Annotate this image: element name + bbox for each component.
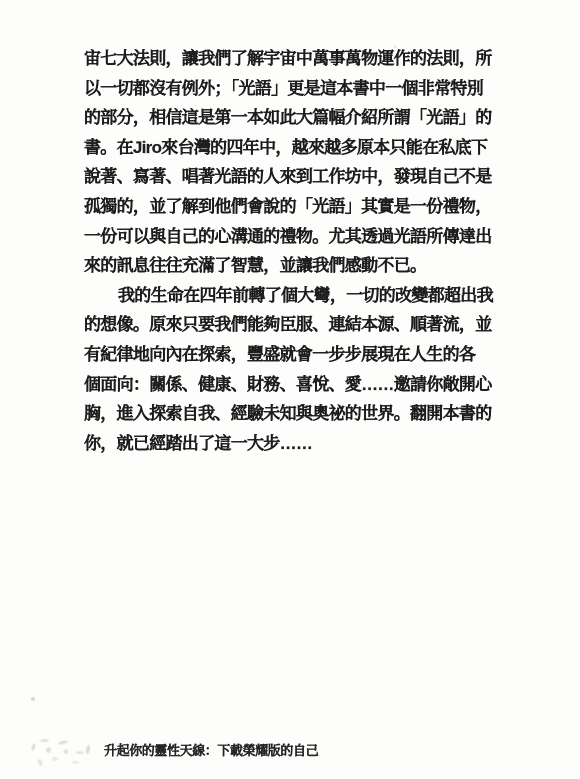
text-line: 來的訊息往往充滿了智慧，並讓我們感動不已。 bbox=[84, 251, 516, 281]
scanned-book-page: 宙七大法則，讓我們了解宇宙中萬事萬物運作的法則，所 以一切都沒有例外；「光語」更… bbox=[0, 0, 580, 779]
text-line: 的想像。原來只要我們能夠臣服、連結本源、順著流，並 bbox=[84, 310, 516, 340]
text-line: 一份可以與自己的心溝通的禮物。尤其透過光語所傳達出 bbox=[84, 222, 516, 252]
scan-smudge-mark bbox=[28, 737, 102, 773]
text-line: 你，就已經踏出了這一大步…… bbox=[84, 429, 516, 459]
scan-speck bbox=[394, 45, 396, 48]
text-line: 說著、寫著、唱著光語的人來到工作坊中，發現自己不是 bbox=[84, 162, 516, 192]
text-line: 孤獨的，並了解到他們會說的「光語」其實是一份禮物， bbox=[84, 192, 516, 222]
footer-caption: 升起你的靈性天線：下載榮耀版的自己 bbox=[104, 742, 318, 760]
scan-speck bbox=[31, 697, 35, 701]
text-line: 個面向：關係、健康、財務、喜悅、愛……邀請你敞開心 bbox=[84, 370, 516, 400]
text-line: 胸，進入探索自我、經驗未知與奧祕的世界。翻開本書的 bbox=[84, 399, 516, 429]
text-line: 以一切都沒有例外；「光語」更是這本書中一個非常特別 bbox=[84, 74, 516, 104]
text-line: 有紀律地向內在探索，豐盛就會一步步展現在人生的各 bbox=[84, 340, 516, 370]
text-line-paragraph-start: 我的生命在四年前轉了個大彎，一切的改變都超出我 bbox=[84, 281, 516, 311]
body-text-block: 宙七大法則，讓我們了解宇宙中萬事萬物運作的法則，所 以一切都沒有例外；「光語」更… bbox=[84, 44, 516, 458]
text-line: 宙七大法則，讓我們了解宇宙中萬事萬物運作的法則，所 bbox=[84, 44, 516, 74]
text-line: 書。在Jiro來台灣的四年中，越來越多原本只能在私底下 bbox=[84, 133, 516, 163]
text-line: 的部分，相信這是第一本如此大篇幅介紹所謂「光語」的 bbox=[84, 103, 516, 133]
